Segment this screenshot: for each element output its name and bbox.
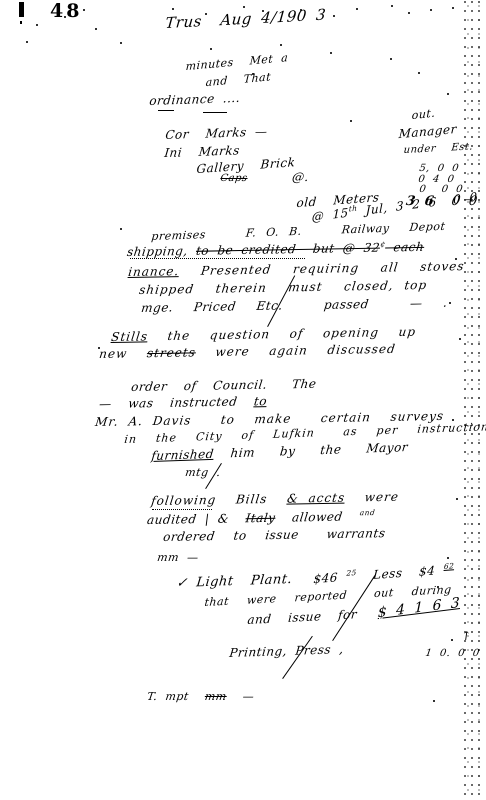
handwritten-text-segment: 5, 0 0 [419, 163, 460, 174]
handwritten-text-segment: → [463, 195, 473, 206]
handwritten-line: $ 4 1 6 3 [378, 596, 460, 620]
handwritten-line: ordinance .... [149, 92, 241, 107]
handwritten-text-segment: @ 15 [312, 205, 349, 224]
handwritten-text-segment: each [384, 240, 425, 255]
handwritten-text-segment: the question of opening up [147, 325, 417, 344]
handwritten-text-segment: allowed [275, 509, 361, 524]
handwritten-line: → [463, 196, 473, 206]
handwritten-text-segment: shipping, [126, 244, 197, 259]
handwritten-line: Cor Marks — [165, 125, 268, 141]
handwritten-text-segment: mm — [156, 551, 199, 564]
handwritten-line: $46 25 Less $4 62 [313, 562, 454, 585]
handwritten-line: ✓ Light Plant. [176, 573, 293, 590]
handwritten-text-segment: 1 0. 0 0 [425, 648, 481, 659]
binding-dot [20, 21, 22, 24]
handwritten-line: and That [205, 71, 271, 88]
handwritten-line: following Bills & accts were [151, 491, 400, 507]
handwritten-text-segment: Caps [220, 173, 249, 184]
handwritten-line: mge. Priced Etc. passed — . [141, 297, 449, 314]
handwritten-text-segment: to be credited but @ 32 [195, 241, 381, 258]
handwritten-text-segment: were [344, 490, 400, 505]
handwritten-text-segment: th [349, 203, 358, 213]
handwritten-line: Manager [398, 123, 457, 140]
binding-mark [19, 2, 24, 17]
handwritten-line: Caps [220, 174, 249, 184]
handwritten-text-segment: $4 [419, 563, 445, 579]
handwritten-text-segment: him by the Mayor [213, 440, 409, 461]
handwritten-line: Printing, Press , [229, 643, 345, 659]
handwritten-text-segment: Manager [398, 122, 457, 141]
handwritten-text-segment: out. [412, 107, 436, 123]
handwritten-line: @. [291, 171, 310, 183]
handwritten-line: — was instructed to [99, 395, 268, 410]
handwritten-text-segment: — was instructed [98, 394, 255, 411]
handwritten-text-segment: ordered to issue warrants [162, 526, 386, 544]
scanned-minutes-page: 48 Trus Aug 4/190 3minutes Met aand That… [0, 0, 486, 800]
dotted-underline [130, 258, 305, 259]
page-number: 48 [50, 0, 82, 22]
pen-dash [203, 112, 227, 113]
handwritten-text-segment: $46 [313, 570, 347, 586]
handwritten-line: ↑ [460, 630, 472, 642]
handwritten-text-segment: mge. Priced Etc. passed — . [140, 296, 448, 315]
handwritten-text-segment: furnished [151, 447, 215, 463]
pen-dash [158, 110, 174, 111]
handwritten-text-segment: were again discussed [195, 342, 397, 360]
handwritten-text-segment: audited | & [146, 511, 246, 527]
handwritten-text-segment: Stills [110, 329, 148, 344]
handwritten-text-segment: new [98, 346, 147, 361]
handwritten-line: Ini Marks [164, 144, 241, 159]
handwritten-line: mm — [156, 552, 199, 563]
handwritten-text-segment: and That [205, 70, 271, 89]
scan-noise-speckles [0, 0, 2, 2]
handwritten-text-segment: and issue for [247, 607, 358, 627]
handwritten-line: furnished him by the Mayor [151, 441, 409, 462]
handwritten-text-segment: to [253, 394, 268, 408]
handwritten-line: 1 0. 0 0 [425, 649, 481, 659]
handwritten-line: new streets were again discussed [99, 343, 397, 360]
handwritten-text-segment: Cor Marks — [165, 124, 269, 142]
handwritten-text-segment: Presented requiring all stoves [178, 259, 465, 278]
handwritten-text-segment: Less [356, 565, 419, 583]
handwritten-text-segment: and [359, 508, 376, 517]
handwritten-text-segment: & accts [286, 491, 346, 506]
handwritten-line: T. mpt mm — [146, 691, 255, 702]
handwritten-line: ordered to issue warrants [163, 527, 387, 543]
handwritten-text-segment: minutes Met a [185, 51, 288, 73]
handwritten-text-segment: Ini Marks [164, 143, 241, 160]
handwritten-text-segment: Italy [245, 511, 277, 526]
handwritten-text-segment: Trus Aug 4/190 3 [165, 6, 327, 33]
handwritten-text-segment: ordinance .... [149, 91, 241, 108]
handwritten-text-segment: — [226, 690, 255, 703]
handwritten-line: and issue for [247, 608, 358, 626]
handwritten-line: premises F. O. B. Railway Depot [151, 221, 446, 242]
handwritten-line: inance. Presented requiring all stoves [128, 260, 466, 278]
handwritten-line: Stills the question of opening up [111, 326, 417, 343]
handwritten-text-segment: ↑ [460, 629, 473, 643]
binding-gutter-edge [463, 0, 481, 800]
handwritten-line: audited | & Italy allowed and [146, 509, 375, 526]
handwritten-line: 5, 0 0 [419, 164, 460, 174]
handwritten-text-segment: mm [204, 690, 228, 703]
handwritten-text-segment: following Bills [150, 492, 288, 508]
dotted-underline [152, 509, 212, 510]
handwritten-text-segment: ✓ Light Plant. [176, 572, 293, 591]
handwritten-text-segment: @. [291, 170, 310, 184]
handwritten-text-segment: streets [146, 345, 197, 360]
handwritten-text-segment: T. mpt [146, 690, 205, 703]
handwritten-line: order of Council. The [131, 378, 318, 393]
handwritten-line: minutes Met a [185, 52, 288, 72]
handwritten-text-segment: 62 [444, 561, 455, 571]
handwritten-text-segment: Printing, Press , [229, 642, 345, 660]
handwritten-line: shipping, to be credited but @ 32¢ each [126, 240, 425, 258]
handwritten-text-segment: inance. [127, 264, 180, 279]
handwritten-text-segment: order of Council. The [130, 377, 317, 394]
handwritten-line: out. [412, 108, 436, 122]
handwritten-line: Trus Aug 4/190 3 [165, 8, 327, 32]
